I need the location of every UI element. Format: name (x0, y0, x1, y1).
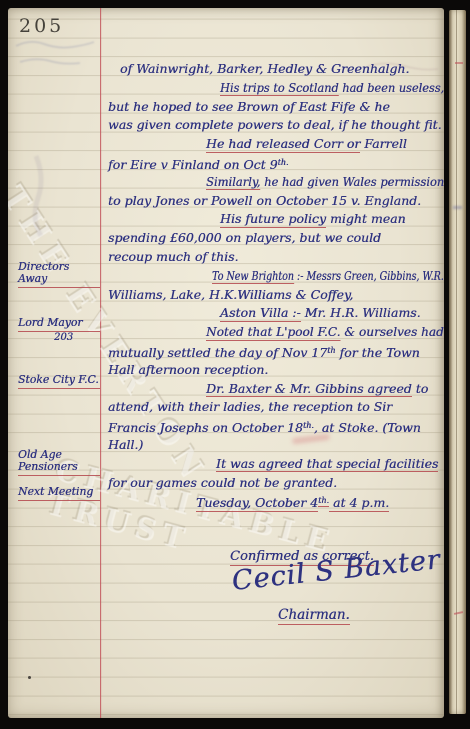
red-underlined-phrase: at 4 p.m. (329, 495, 389, 512)
minutes-line: Tuesday, October 4th. at 4 p.m. (108, 492, 444, 511)
minutes-text-segment: for Eire v Finland on Oct 9 (108, 157, 278, 172)
minutes-text-segment: attend, with their ladies, the reception… (108, 399, 392, 414)
minutes-line: but he hoped to see Brown of East Fife &… (108, 98, 444, 117)
chairman-title: Chairman. (278, 607, 350, 625)
minutes-text-segment: recoup much of this. (108, 249, 238, 264)
minutes-text: of Wainwright, Barker, Hedley & Greenhal… (108, 60, 444, 511)
minutes-text-segment: Hall.) (108, 437, 143, 452)
minutes-text-segment: spending £60,000 on players, but we coul… (108, 230, 381, 245)
margin-note-label: Old Age Pensioners (18, 448, 78, 473)
minutes-text-segment: to play Jones or Powell on October 15 v.… (108, 193, 421, 208)
minutes-line: Similarly, he had given Wales permission (108, 173, 444, 192)
minutes-line: His future policy might mean (108, 210, 444, 229)
adjacent-page-edge (449, 10, 466, 714)
red-underlined-phrase: It was agreed that special facilities (216, 456, 438, 473)
minutes-line: attend, with their ladies, the reception… (108, 398, 444, 417)
margin-note-ref: 203 (54, 332, 73, 343)
red-underlined-phrase: Dr. Baxter & Mr. Gibbins agreed (206, 381, 412, 398)
minutes-text-segment: was given complete powers to deal, if he… (108, 117, 442, 132)
scanned-minute-book: 205 THE EVERTON CHARITABLE TRUST Directo… (0, 0, 470, 729)
page-number: 205 (19, 15, 64, 37)
minutes-text-segment: of Wainwright, Barker, Hedley & Greenhal… (120, 61, 409, 76)
red-underlined-phrase: He had released Corr or (206, 136, 360, 153)
minutes-line: Hall.) (108, 436, 444, 455)
margin-note: Lord Mayor (18, 317, 100, 332)
margin-note-label: Lord Mayor (18, 316, 82, 329)
minutes-line: His trips to Scotland had been useless, (108, 79, 444, 98)
margin-note: Stoke City F.C. (18, 374, 100, 389)
minutes-text-segment: & ourselves had (340, 324, 443, 339)
minutes-line: Francis Josephs on October 18th., at Sto… (108, 417, 444, 436)
minutes-line: Dr. Baxter & Mr. Gibbins agreed to (108, 380, 444, 399)
minutes-line: spending £60,000 on players, but we coul… (108, 229, 444, 248)
minutes-text-segment: he had given Wales permission (260, 174, 444, 189)
minutes-text-segment: might mean (326, 211, 406, 226)
minutes-line: recoup much of this. (108, 248, 444, 267)
minutes-line: was given complete powers to deal, if he… (108, 116, 444, 135)
minutes-text-segment: for the Town (336, 345, 420, 360)
minutes-text-segment: Francis Josephs on October 18 (108, 420, 303, 435)
red-underlined-phrase: Noted that L'pool F.C. (206, 324, 340, 341)
bleed-blue-mark (453, 206, 462, 209)
margin-note: Old Age Pensioners (18, 449, 100, 476)
minutes-text-segment: Mr. H.R. Williams. (301, 305, 421, 320)
minutes-text-segment: mutually settled the day of Nov 17 (108, 345, 327, 360)
minutes-line: Noted that L'pool F.C. & ourselves had (108, 323, 444, 342)
margin-note: Directors Away (18, 261, 100, 288)
minutes-line: It was agreed that special facilities (108, 455, 444, 474)
red-underlined-phrase: Similarly, (206, 174, 260, 191)
red-underlined-phrase: To New Brighton (212, 268, 294, 285)
superscript-ordinal: th. (303, 421, 314, 430)
minutes-line: Williams, Lake, H.K.Williams & Coffey, (108, 286, 444, 305)
minutes-line: To New Brighton :- Messrs Green, Gibbins… (108, 267, 444, 286)
minute-book-page: 205 THE EVERTON CHARITABLE TRUST Directo… (8, 8, 444, 718)
minutes-text-segment: :- Messrs Green, Gibbins, W.R. (294, 268, 444, 283)
margin-note-label: Directors Away (18, 260, 69, 285)
minutes-line: for our games could not be granted. (108, 474, 444, 493)
red-underlined-phrase: th. (318, 496, 329, 507)
minutes-line: mutually settled the day of Nov 17th for… (108, 342, 444, 361)
red-underlined-phrase: His future policy (220, 211, 326, 228)
minutes-text-segment: Hall afternoon reception. (108, 362, 268, 377)
minutes-text-segment: for our games could not be granted. (108, 475, 337, 490)
minutes-text-segment: but he hoped to see Brown of East Fife &… (108, 99, 390, 114)
minutes-text-segment: Farrell (360, 136, 407, 151)
minutes-text-segment: had been useless, (339, 80, 444, 95)
bleed-red-mark (454, 611, 463, 615)
superscript-ordinal: th. (278, 158, 289, 167)
margin-note: Next Meeting (18, 486, 100, 501)
red-underlined-phrase: Aston Villa :- (220, 305, 301, 322)
minutes-text-segment: to (412, 381, 429, 396)
superscript-ordinal: th (327, 346, 335, 355)
red-margin-rule (100, 8, 101, 718)
ink-speck (28, 676, 31, 679)
minutes-line: He had released Corr or Farrell (108, 135, 444, 154)
minutes-text-segment: Williams, Lake, H.K.Williams & Coffey, (108, 287, 353, 302)
minutes-line: Hall afternoon reception. (108, 361, 444, 380)
red-underlined-phrase: Tuesday, October 4 (196, 495, 318, 512)
margin-note-label: Stoke City F.C. (18, 373, 99, 386)
margin-note-label: Next Meeting (18, 485, 93, 498)
minutes-line: to play Jones or Powell on October 15 v.… (108, 192, 444, 211)
minutes-line: Aston Villa :- Mr. H.R. Williams. (108, 304, 444, 323)
minutes-line: of Wainwright, Barker, Hedley & Greenhal… (108, 60, 444, 79)
minutes-line: for Eire v Finland on Oct 9th. (108, 154, 444, 173)
bleed-red-mark (455, 62, 463, 64)
red-underlined-phrase: His trips to Scotland (220, 80, 339, 97)
minutes-text-segment: , at Stoke. (Town (314, 420, 421, 435)
